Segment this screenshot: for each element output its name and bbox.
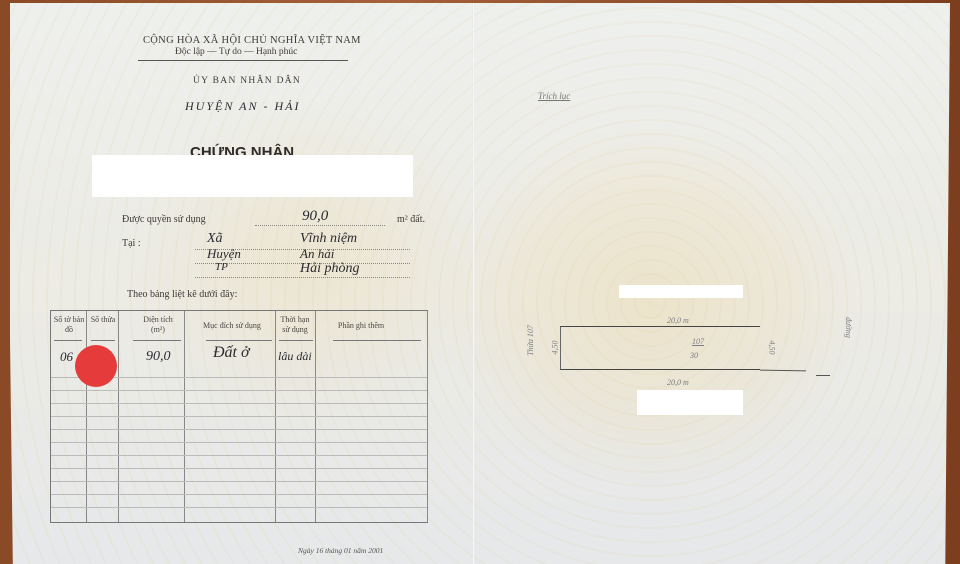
header-term: Thời hạn sử dụng — [277, 315, 313, 335]
row-line — [51, 481, 427, 482]
redacted-parcel-info-bottom — [637, 390, 743, 415]
location-city-level: TP — [215, 261, 228, 273]
national-motto: Độc lập — Tự do — Hạnh phúc — [175, 47, 297, 57]
header-divider — [138, 60, 348, 61]
plot-fraction-bottom: 30 — [690, 351, 698, 360]
row-line — [51, 507, 427, 508]
plot-left-note: Thửa 107 — [526, 325, 535, 356]
extract-heading: Trích lục — [538, 91, 570, 101]
location-city-name: Hải phòng — [300, 261, 360, 277]
redacted-owner-name — [92, 155, 413, 197]
location-line-3 — [195, 277, 410, 278]
national-header: CỘNG HÒA XÃ HỘI CHỦ NGHĨA VIỆT NAM — [143, 35, 361, 46]
plot-right-width: 4,50 — [768, 341, 777, 355]
location-commune-level: Xã — [207, 231, 223, 247]
location-district-name: An hải — [300, 246, 334, 262]
cell-area: 90,0 — [146, 349, 171, 365]
location-label: Tại : — [122, 238, 141, 249]
row-line — [51, 442, 427, 443]
row-line — [51, 429, 427, 430]
land-parcel-table: Số tờ bản đồ Số thửa Diện tích (m²) Mục … — [50, 310, 428, 523]
plot-right-note: đường — [844, 317, 853, 338]
location-commune-name: Vĩnh niệm — [300, 231, 357, 247]
header-notes: Phần ghi thêm — [326, 321, 396, 331]
land-use-dotted-line — [255, 225, 385, 226]
land-use-unit: m² đất. — [397, 214, 425, 225]
row-line — [51, 390, 427, 391]
row-line — [51, 403, 427, 404]
row-line — [51, 455, 427, 456]
cell-term: lâu dài — [278, 349, 312, 364]
header-map-sheet: Số tờ bản đồ — [53, 315, 85, 335]
header-underline — [133, 340, 181, 341]
header-underline — [279, 340, 313, 341]
row-line — [51, 468, 427, 469]
table-intro: Theo bảng liệt kê dưới đây: — [127, 289, 237, 300]
plot-top-length: 20,0 m — [667, 316, 689, 325]
row-line — [51, 416, 427, 417]
redacted-parcel-info-top — [619, 285, 743, 298]
issue-date: Ngày 16 tháng 01 năm 2001 — [298, 546, 383, 555]
location-district-level: Huyện — [207, 246, 241, 262]
land-use-area: 90,0 — [302, 208, 328, 225]
plot-side-marker — [816, 375, 830, 376]
plot-extension-line — [760, 370, 806, 372]
page-fold — [472, 3, 475, 564]
issuing-authority: ỦY BAN NHÂN DÂN — [193, 76, 301, 86]
header-underline — [91, 340, 115, 341]
col-divider — [427, 311, 428, 522]
red-privacy-dot — [75, 345, 117, 387]
land-certificate-document: CỘNG HÒA XÃ HỘI CHỦ NGHĨA VIỆT NAM Độc l… — [10, 3, 950, 564]
land-use-label: Được quyền sử dụng — [122, 214, 206, 225]
parcel-plot-diagram — [560, 326, 760, 370]
header-parcel-number: Số thửa — [89, 315, 117, 325]
header-purpose: Mục đích sử dụng — [191, 321, 273, 331]
header-underline — [333, 340, 421, 341]
plot-fraction-top: 107 — [692, 337, 704, 346]
district-handwritten: HUYỆN AN - HẢI — [185, 99, 300, 114]
header-underline — [206, 340, 272, 341]
row-line — [51, 494, 427, 495]
plot-left-width: 4,50 — [551, 341, 560, 355]
header-underline — [54, 340, 82, 341]
plot-bottom-length: 20,0 m — [667, 378, 689, 387]
cell-map-sheet: 06 — [60, 349, 73, 365]
header-area: Diện tích (m²) — [136, 315, 180, 335]
cell-purpose: Đất ở — [213, 344, 250, 362]
